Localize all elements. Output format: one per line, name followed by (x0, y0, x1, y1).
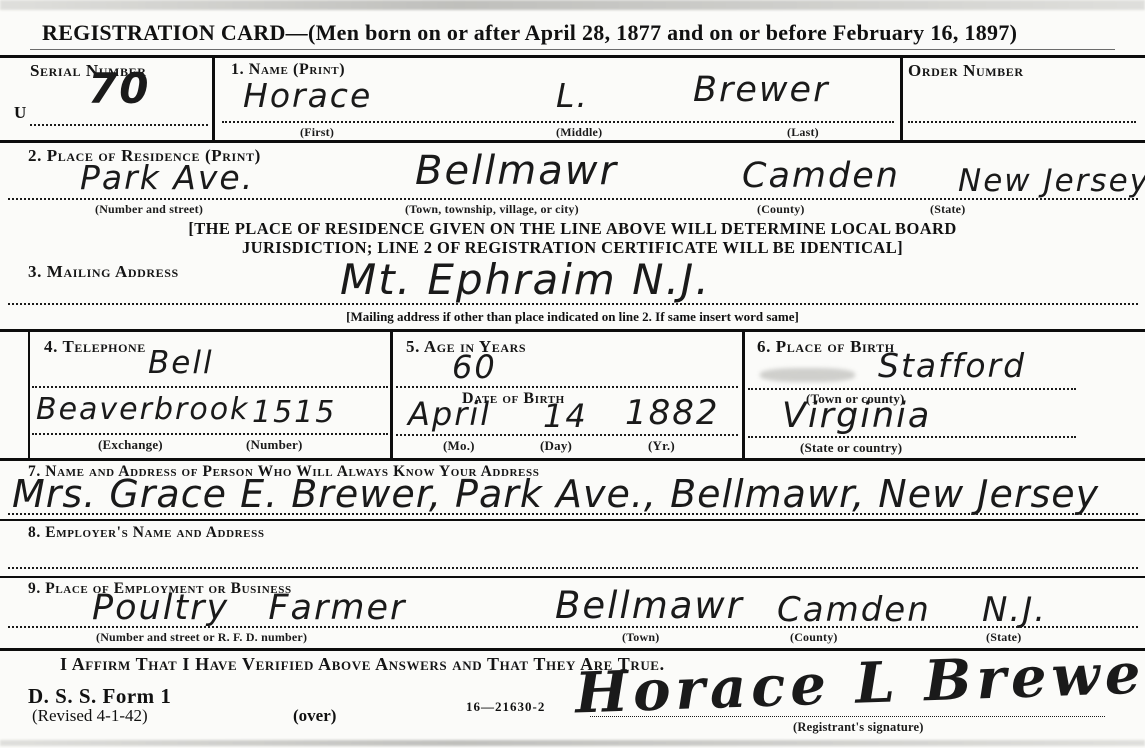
scan-edge-bottom (0, 740, 1145, 746)
residence-county-sublabel: (County) (757, 202, 805, 217)
residence-street-value: Park Ave. (80, 158, 254, 197)
registration-card: REGISTRATION CARD—(Men born on or after … (0, 0, 1145, 748)
employment-street-value: Poultry Farmer (92, 588, 406, 628)
year-sublabel: (Yr.) (648, 438, 675, 454)
telephone-baseline2 (32, 433, 388, 435)
telephone-line1-value: Bell (148, 345, 214, 381)
print-code: 16—21630-2 (466, 699, 545, 715)
employment-county-sublabel: (County) (790, 630, 838, 645)
name-last-value: Brewer (693, 70, 829, 110)
divider-name-order (900, 57, 903, 141)
divider-serial-name (212, 57, 215, 141)
registrant-signature: Horace L Brewer (574, 639, 1145, 726)
telephone-exchange-value: Beaverbrook (36, 392, 249, 427)
mailing-value: Mt. Ephraim N.J. (340, 255, 711, 304)
telephone-number-value: 1515 (252, 395, 336, 430)
row8-rule (0, 576, 1145, 578)
birthplace-state-sublabel: (State or country) (800, 440, 902, 456)
jurisdiction-note-line1: [THE PLACE OF RESIDENCE GIVEN ON THE LIN… (0, 219, 1145, 239)
employer-field-label: 8. Employer's Name and Address (28, 524, 265, 542)
birthplace-town-value: Stafford (878, 346, 1026, 385)
exchange-sublabel: (Exchange) (98, 437, 163, 453)
mailing-field-label: 3. Mailing Address (28, 262, 179, 282)
signature-baseline (590, 716, 1105, 717)
employment-town-value: Bellmawr (555, 584, 744, 627)
header-thin-rule (30, 49, 1115, 50)
residence-street-sublabel: (Number and street) (95, 202, 203, 217)
illegible-smudge (760, 368, 855, 382)
signature-sublabel: (Registrant's signature) (793, 720, 924, 735)
day-sublabel: (Day) (540, 438, 572, 454)
divider-age-birth (742, 332, 745, 458)
row1-rule (0, 140, 1145, 143)
card-title: REGISTRATION CARD—(Men born on or after … (42, 20, 1017, 46)
residence-state-sublabel: (State) (930, 202, 965, 217)
contact-value: Mrs. Grace E. Brewer, Park Ave., Bellmaw… (12, 472, 1099, 516)
residence-baseline (8, 198, 1138, 200)
employer-baseline (8, 567, 1138, 569)
telephone-baseline1 (32, 386, 388, 388)
telephone-field-label: 4. Telephone (44, 337, 146, 357)
middle-sublabel: (Middle) (556, 125, 602, 140)
contact-baseline (8, 513, 1138, 515)
scan-edge-top (0, 0, 1145, 10)
serial-prefix: U (14, 103, 26, 123)
first-sublabel: (First) (300, 125, 334, 140)
month-sublabel: (Mo.) (443, 438, 475, 454)
row7-rule (0, 519, 1145, 521)
dob-baseline (396, 434, 738, 436)
employment-state-value: N.J. (982, 590, 1047, 630)
name-first-value: Horace (243, 76, 372, 115)
age-value: 60 (452, 348, 497, 386)
birthplace-baseline2 (748, 436, 1076, 438)
residence-town-sublabel: (Town, township, village, or city) (405, 202, 579, 217)
birthplace-state-value: Virginia (782, 396, 931, 436)
dob-month-value: April (408, 395, 491, 433)
mailing-note: [Mailing address if other than place ind… (0, 309, 1145, 325)
order-number-label: Order Number (908, 61, 1024, 81)
dob-year-value: 1882 (625, 393, 720, 433)
header-rule (0, 55, 1145, 58)
residence-state-value: New Jersey (958, 163, 1145, 199)
employment-county-value: Camden (777, 590, 931, 630)
birthplace-baseline1 (748, 388, 1076, 390)
dob-day-value: 14 (543, 397, 588, 435)
employment-state-sublabel: (State) (986, 630, 1021, 645)
row6-rule (0, 458, 1145, 461)
residence-town-value: Bellmawr (415, 148, 618, 194)
employment-street-sublabel: (Number and street or R. F. D. number) (96, 630, 307, 645)
employment-baseline (8, 626, 1138, 628)
name-middle-value: L. (556, 76, 589, 115)
row3-rule (0, 329, 1145, 332)
order-baseline (908, 121, 1136, 123)
residence-county-value: Camden (742, 156, 900, 196)
tel-left-border (28, 332, 30, 458)
form-revision: (Revised 4-1-42) (32, 706, 148, 726)
divider-tel-age (390, 332, 393, 458)
mailing-baseline (8, 303, 1138, 305)
name-baseline (222, 121, 894, 123)
serial-number-value: 70 (88, 64, 150, 113)
last-sublabel: (Last) (787, 125, 819, 140)
serial-baseline (30, 124, 208, 126)
birthplace-field-label: 6. Place of Birth (757, 337, 895, 357)
number-sublabel: (Number) (246, 437, 302, 453)
over-note: (over) (293, 706, 336, 726)
age-baseline (396, 386, 738, 388)
employment-town-sublabel: (Town) (622, 630, 659, 645)
